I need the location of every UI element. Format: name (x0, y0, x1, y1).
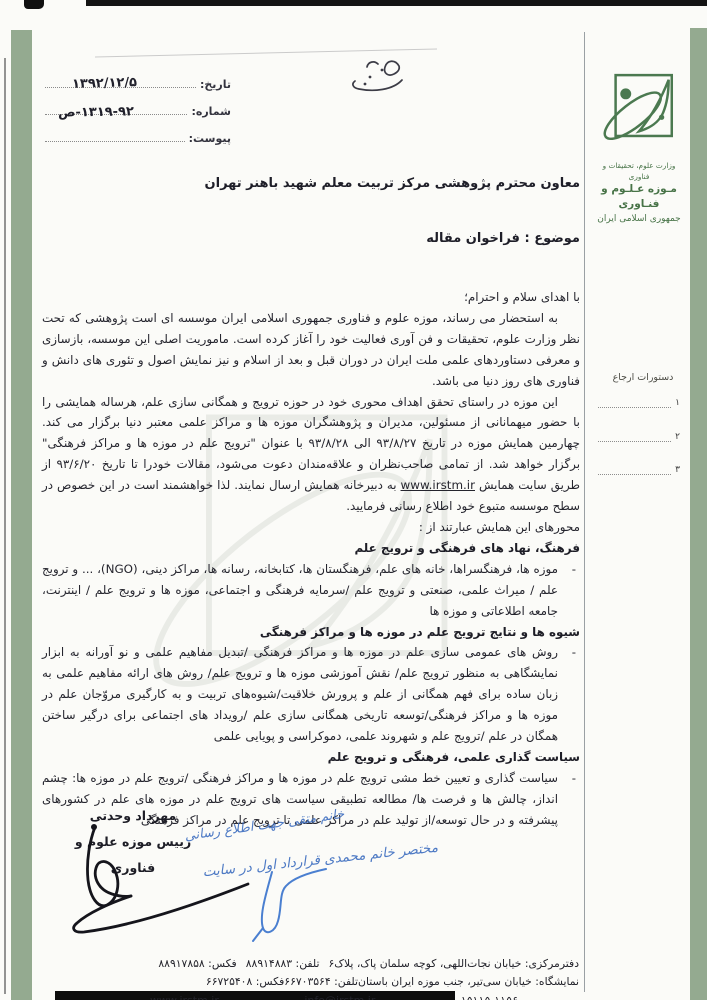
country-name: جمهوری اسلامی ایران (592, 212, 686, 226)
conference-website-url: www.irstm.ir (401, 478, 475, 492)
referral-number: ۱ (675, 398, 680, 408)
exhibition-phone: تلفن: ۶۶۷۰۳۵۶۴ (284, 975, 358, 988)
dotted-line (598, 432, 671, 442)
organization-name: مـوزه عـلـوم و فنـاوری (592, 182, 686, 212)
number-label: شماره: (191, 105, 231, 118)
scanner-corner-artifact (24, 0, 44, 9)
referral-line-1: ۱ (598, 398, 680, 408)
paper-fold-line (95, 49, 437, 57)
number-value-handwritten: ۱۳۱۹-۹۲-ص (58, 104, 134, 120)
axis-heading-3: سیاست گذاری علمی، فرهنگی و ترویج علم (42, 747, 580, 768)
bismillah-text: بسمه تعالی (0, 0, 1, 1)
logo-dot-large (620, 88, 631, 99)
subject-value: فراخوان مقاله (426, 231, 520, 246)
axes-intro-line: محورهای این همایش عبارتند از : (42, 517, 580, 538)
attachment-label: پیوست: (189, 132, 231, 145)
page-edge-shadow (4, 58, 6, 994)
footer-contact-line: ۱۵۱۱۵-۱۱۵۶ info@irstm.ir www.irstm.ir (150, 994, 518, 1000)
referral-instructions-label: دستورات ارجاع (600, 372, 686, 383)
exhibition-address: نمایشگاه: خیابان سی‌تیر، جنب موزه ایران … (358, 975, 579, 988)
referral-number: ۳ (675, 465, 680, 475)
referral-number: ۲ (675, 432, 680, 442)
greeting-line: با اهدای سلام و احترام؛ (42, 287, 580, 308)
ministry-name: وزارت علوم، تحقیقات و فناوری (592, 160, 686, 182)
subject-line: موضوع : فراخوان مقاله (426, 231, 580, 246)
letterhead-green-band-right (690, 28, 707, 1000)
referral-line-2: ۲ (598, 432, 680, 442)
letterhead-green-band-left (11, 30, 32, 1000)
central-office-fax: فکس: ۸۸۹۱۷۸۵۸ (158, 957, 236, 970)
recipient-line: معاون محترم پژوهشی مرکز تربیت معلم شهید … (205, 176, 580, 191)
body-paragraph-1: به استحضار می رساند، موزه علوم و فناوری … (42, 308, 580, 392)
attachment-field: پیوست: (45, 118, 231, 145)
scanned-letter-page: وزارت علوم، تحقیقات و فناوری مـوزه عـلـو… (0, 0, 707, 1000)
footer-office-line: دفترمرکزی: خیابان نجات‌اللهی، کوچه سلمان… (158, 957, 579, 970)
central-office-address: دفترمرکزی: خیابان نجات‌اللهی، کوچه سلمان… (328, 957, 579, 970)
date-label: تاریخ: (200, 78, 231, 91)
logo-dot-small (659, 115, 664, 120)
axis-heading-2: شیوه ها و نتایج ترویج علم در موزه ها و م… (42, 622, 580, 643)
signatory-name: مهرداد وحدتی (58, 803, 208, 829)
central-office-phone: تلفن: ۸۸۹۱۴۸۸۳ (246, 957, 320, 970)
subject-label: موضوع : (524, 231, 580, 246)
dotted-line (598, 398, 671, 408)
museum-logo (600, 70, 678, 152)
axis-item-2: روش های عمومی سازی علم در موزه ها و مراک… (42, 642, 580, 747)
dotted-line (598, 465, 671, 475)
axis-heading-1: فرهنگ، نهاد های فرهنگی و ترویج علم (42, 538, 580, 559)
referral-line-3: ۳ (598, 465, 680, 475)
scanner-edge-top (86, 0, 707, 6)
footer-exhibition-line: نمایشگاه: خیابان سی‌تیر، جنب موزه ایران … (243, 975, 579, 988)
handwritten-note-2: مختصر خانم محمدی قرارداد اول در سایت (202, 840, 439, 881)
axis-item-1: موزه ها، فرهنگسراها، خانه های علم، فرهنگ… (42, 559, 580, 622)
website-address: www.irstm.ir (150, 994, 219, 1000)
blue-ink-flourish (253, 869, 326, 941)
exhibition-fax: فکس: ۶۶۷۲۵۴۰۸ (206, 975, 284, 988)
pobox-value: ۱۵۱۱۵-۱۱۵۶ (461, 994, 518, 1000)
body-paragraph-2: این موزه در راستای تحقق اهداف محوری خود … (42, 392, 580, 517)
margin-column-divider (584, 32, 585, 992)
dotted-line (45, 132, 185, 142)
date-value-handwritten: ۱۳۹۲/۱۲/۵ (72, 75, 137, 92)
letter-body: با اهدای سلام و احترام؛ به استحضار می رس… (42, 287, 580, 831)
email-address: info@irstm.ir (304, 994, 375, 1000)
